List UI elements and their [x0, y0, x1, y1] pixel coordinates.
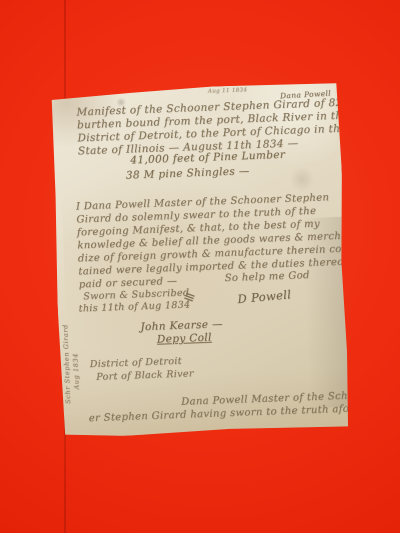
cargo-list: 41,000 feet of Pine Lumber 38 M pine Shi…: [125, 148, 281, 183]
district-line: District of Detroit: [90, 356, 183, 370]
master-signature: D Powell: [237, 287, 292, 306]
port-line: Port of Black River: [96, 368, 194, 383]
manifest-heading: Manifest of the Schooner Stephen Girard …: [76, 97, 340, 159]
pencil-date-note: Aug 11 1834: [208, 87, 248, 94]
docket-vertical-date: Aug 1834: [70, 320, 81, 390]
photo-of-manifest: Aug 11 1834 Dana Powell Manifest of the …: [0, 0, 400, 533]
manifest-document: Aug 11 1834 Dana Powell Manifest of the …: [50, 82, 351, 438]
smudge-stamp: [289, 167, 316, 192]
deputy-collector-title: Depy Coll: [157, 332, 212, 346]
